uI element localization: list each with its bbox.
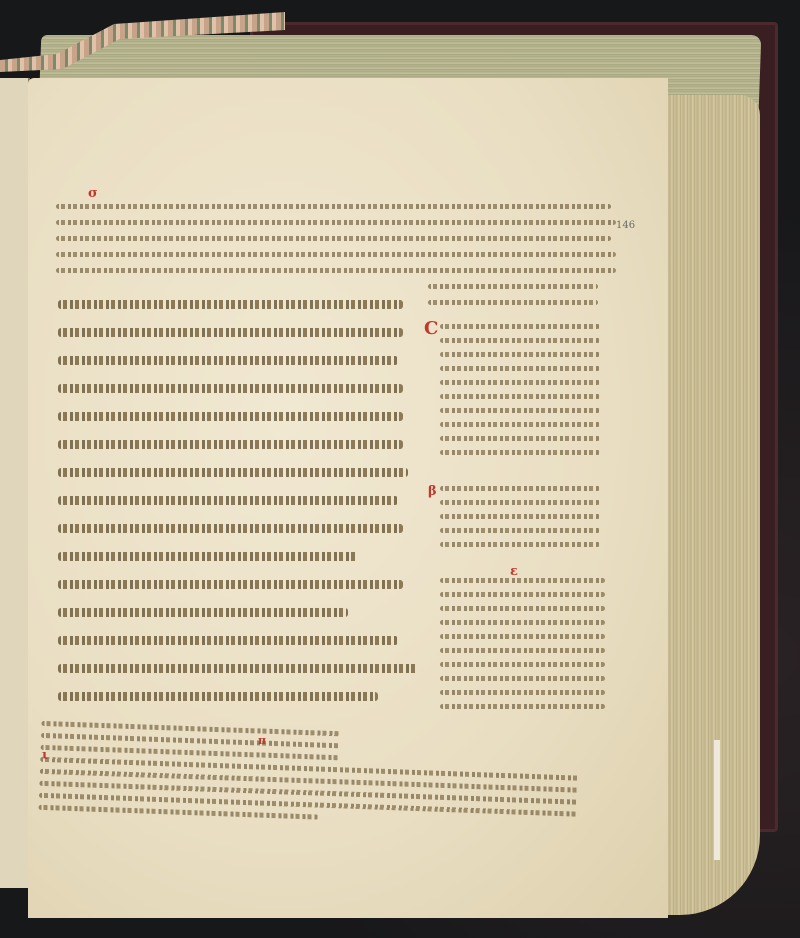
rubric-mark: ε (510, 564, 518, 579)
folio-number: 146 (616, 220, 635, 231)
rubric-mark: π (258, 734, 266, 747)
rubric-mark: β (428, 484, 437, 499)
rubric-mark: ι (42, 748, 48, 763)
bottom-commentary (28, 78, 668, 100)
inserted-leaf-edge (714, 740, 720, 860)
rubric-initial: C (424, 318, 438, 339)
rubric-mark: σ (88, 186, 98, 201)
page-block-fore-edge (660, 95, 760, 915)
manuscript-page: 146 σ (28, 78, 668, 918)
facing-page-edge (0, 78, 30, 888)
